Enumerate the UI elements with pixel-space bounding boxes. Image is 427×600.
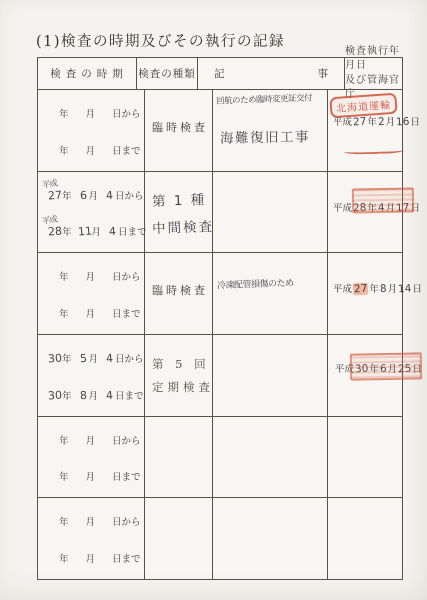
period-to: 30年8月4日まで [48,388,142,402]
note-cell [213,498,328,579]
note-cell [213,335,328,416]
note-cell: 回航のため臨時変更証交付 海難復旧工事 [213,90,328,171]
exec-cell: 北海道運輸 平成27年2月16日 [328,90,402,171]
scanned-page: (1)検査の時期及びその執行の記録 検査の時期 検査の種類 記 事 検査執行年月… [0,0,427,600]
table-row: 年月日から 年月日まで [38,417,402,499]
exec-cell [328,417,402,498]
page-title: (1)検査の時期及びその執行の記録 [36,30,285,51]
period-from: 年月日から [48,269,142,283]
exec-date: 平成28年4月17日 [333,200,420,214]
inspection-record-table: 検査の時期 検査の種類 記 事 検査執行年月日 及び管海官庁 年月日から 年月日… [37,57,403,580]
header-note-right: 事 [318,66,329,81]
header-note: 記 事 [198,58,345,89]
period-to: 年月日まで [48,551,142,565]
red-underline-mark [344,147,404,155]
header-period: 検査の時期 [38,58,137,89]
exec-cell: 平成30年6月25日 [328,335,402,416]
period-from: 年月日から [48,514,142,528]
table-row: 平成27年6月4日から 平成28年11月4日まで 第 1 種 中間検査 平成28… [38,172,402,254]
period-from: 年月日から [48,433,142,447]
note-cell [213,172,328,253]
table-row: 年月日から 年月日まで [38,498,402,579]
header-type: 検査の種類 [137,58,198,89]
header-note-left: 記 [214,66,225,81]
table-row: 年月日から 年月日まで 臨時検査 回航のため臨時変更証交付 海難復旧工事 北海道… [38,90,402,172]
period-from: 年月日から [48,106,142,120]
type-cell [145,417,213,498]
period-cell: 年月日から 年月日まで [38,417,145,498]
period-cell: 年月日から 年月日まで [38,90,145,171]
period-to: 年月日まで [48,306,142,320]
period-from: 30年5月4日から [48,351,142,365]
period-to: 平成28年11月4日まで [48,224,142,238]
period-cell: 年月日から 年月日まで [38,253,145,334]
table-row: 年月日から 年月日まで 臨時検査 冷凍配管損傷のため 平成27年8月14日 [38,253,402,335]
period-to: 年月日まで [48,469,142,483]
header-exec: 検査執行年月日 及び管海官庁 [345,58,402,89]
table-row: 30年5月4日から 30年8月4日まで 第 5 回 定期検査 平成30年6月25… [38,335,402,417]
exec-date: 平成27年8月14日 [333,281,422,295]
table-header-row: 検査の時期 検査の種類 記 事 検査執行年月日 及び管海官庁 [38,58,402,90]
period-to: 年月日まで [48,143,142,157]
period-cell: 30年5月4日から 30年8月4日まで [38,335,145,416]
note-cell [213,417,328,498]
type-cell: 臨時検査 [145,253,213,334]
exec-cell: 平成27年8月14日 [328,253,402,334]
type-cell: 臨時検査 [145,90,213,171]
period-cell: 平成27年6月4日から 平成28年11月4日まで [38,172,145,253]
period-cell: 年月日から 年月日まで [38,498,145,579]
header-exec-line1: 検査執行年月日 [345,45,402,74]
exec-cell: 平成28年4月17日 [328,172,402,253]
exec-cell [328,498,402,579]
type-cell: 第 1 種 中間検査 [145,172,213,253]
period-from: 平成27年6月4日から [48,188,142,202]
note-cell: 冷凍配管損傷のため [213,253,328,334]
exec-date: 平成30年6月25日 [335,361,422,375]
type-cell: 第 5 回 定期検査 [145,335,213,416]
type-cell [145,498,213,579]
